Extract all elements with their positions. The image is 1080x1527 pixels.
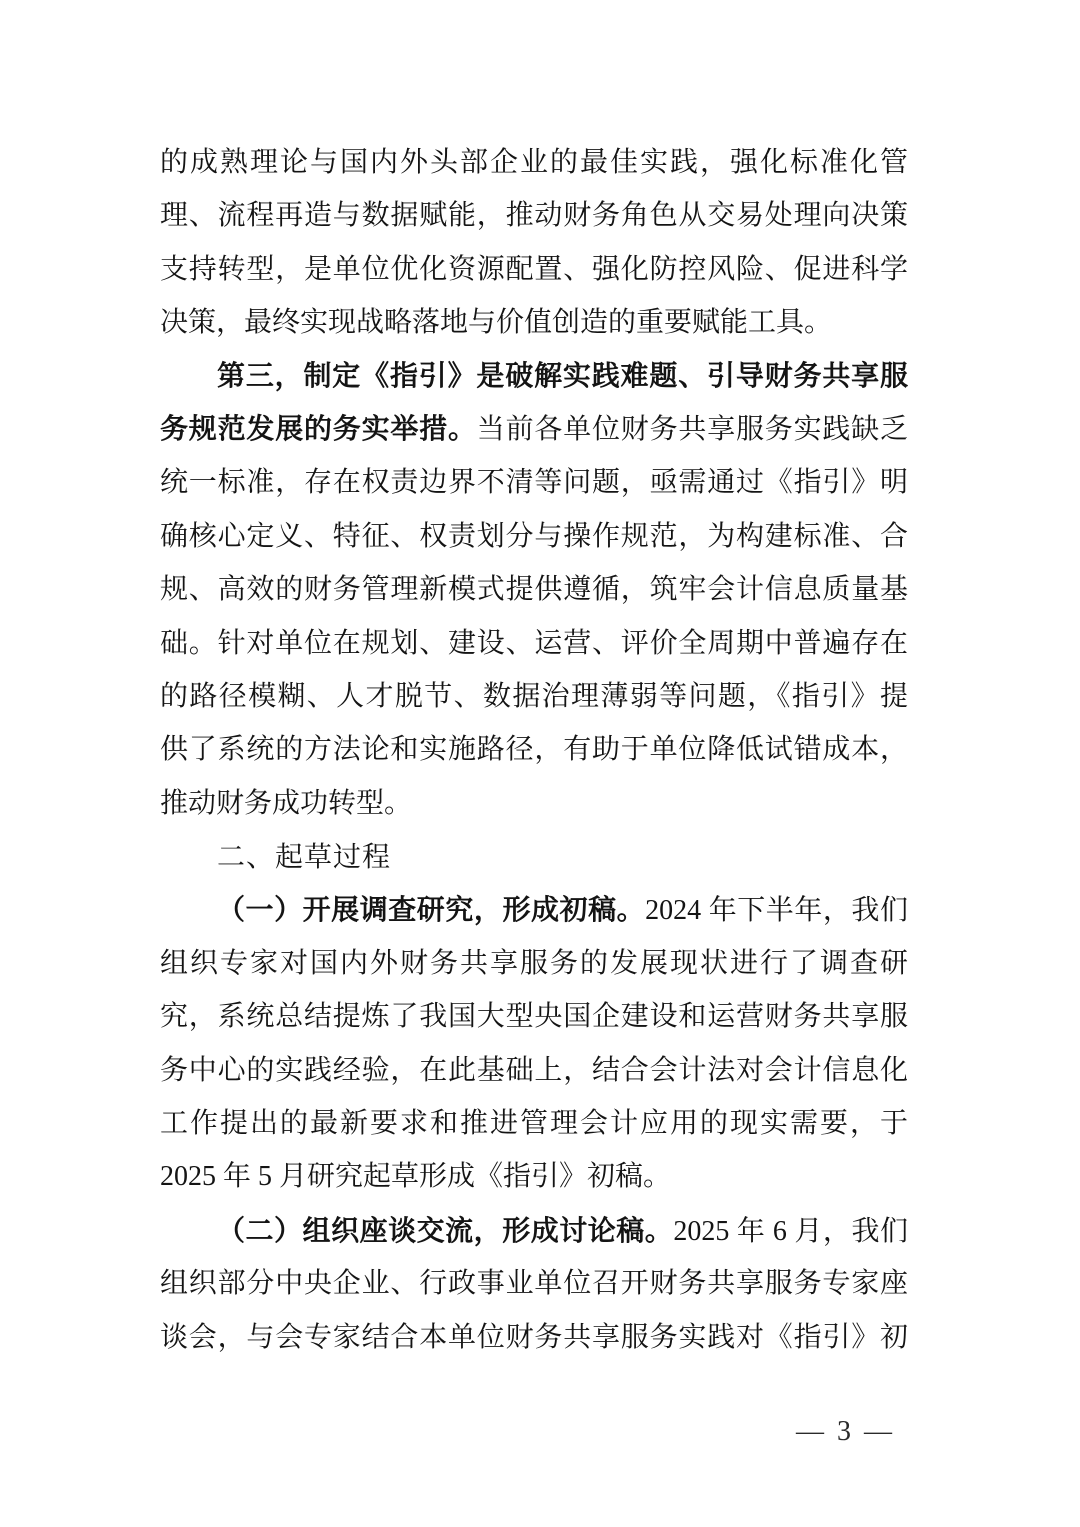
text-segment: 供了系统的方法论和实施路径，有助于单位降低试错成本， <box>160 734 908 765</box>
text-line: 统一标准，存在权责边界不清等问题，亟需通过《指引》明 <box>160 456 908 509</box>
text-line: 组织专家对国内外财务共享服务的发展现状进行了调查研 <box>160 937 908 990</box>
text-segment: 规、高效的财务管理新模式提供遵循，筑牢会计信息质量基 <box>160 574 908 605</box>
page-number: — 3 — <box>796 1410 895 1454</box>
text-line: 2025 年 5 月研究起草形成《指引》初稿。 <box>160 1150 908 1203</box>
text-segment: 2025 年 6 月，我们 <box>673 1216 908 1247</box>
text-line: 的路径模糊、人才脱节、数据治理薄弱等问题，《指引》提 <box>160 670 908 723</box>
text-line: 供了系统的方法论和实施路径，有助于单位降低试错成本， <box>160 723 908 776</box>
text-line: 推动财务成功转型。 <box>160 777 908 830</box>
text-line: 理、流程再造与数据赋能，推动财务角色从交易处理向决策 <box>160 189 908 242</box>
text-line: 务规范发展的务实举措。当前各单位财务共享服务实践缺乏 <box>160 403 908 456</box>
text-line: 究，系统总结提炼了我国大型央国企建设和运营财务共享服 <box>160 990 908 1043</box>
text-segment: 务规范发展的务实举措。 <box>160 414 477 445</box>
text-segment: 的路径模糊、人才脱节、数据治理薄弱等问题，《指引》提 <box>160 681 908 712</box>
text-line: 第三，制定《指引》是破解实践难题、引导财务共享服 <box>160 350 908 403</box>
text-segment: 决策，最终实现战略落地与价值创造的重要赋能工具。 <box>160 307 832 338</box>
text-segment: （一）开展调查研究，形成初稿。 <box>217 894 645 925</box>
text-line: 谈会，与会专家结合本单位财务共享服务实践对《指引》初 <box>160 1311 908 1364</box>
text-line: 工作提出的最新要求和推进管理会计应用的现实需要，于 <box>160 1097 908 1150</box>
document-page: 的成熟理论与国内外头部企业的最佳实践，强化标准化管理、流程再造与数据赋能，推动财… <box>0 0 1080 1527</box>
document-body: 的成熟理论与国内外头部企业的最佳实践，强化标准化管理、流程再造与数据赋能，推动财… <box>160 136 908 1364</box>
text-segment: 的成熟理论与国内外头部企业的最佳实践，强化标准化管 <box>160 147 908 178</box>
text-segment: （二）组织座谈交流，形成讨论稿。 <box>217 1215 673 1246</box>
text-segment: 组织部分中央企业、行政事业单位召开财务共享服务专家座 <box>160 1268 908 1299</box>
text-line: 规、高效的财务管理新模式提供遵循，筑牢会计信息质量基 <box>160 563 908 616</box>
text-segment: 务中心的实践经验，在此基础上，结合会计法对会计信息化 <box>160 1055 908 1086</box>
text-segment: 支持转型，是单位优化资源配置、强化防控风险、促进科学 <box>160 254 908 285</box>
text-line: 决策，最终实现战略落地与价值创造的重要赋能工具。 <box>160 296 908 349</box>
text-line: 确核心定义、特征、权责划分与操作规范，为构建标准、合 <box>160 510 908 563</box>
text-line: 组织部分中央企业、行政事业单位召开财务共享服务专家座 <box>160 1257 908 1310</box>
text-segment: 2025 年 5 月研究起草形成《指引》初稿。 <box>160 1161 671 1192</box>
text-segment: 推动财务成功转型。 <box>160 788 412 819</box>
text-segment: 础。针对单位在规划、建设、运营、评价全周期中普遍存在 <box>160 628 908 659</box>
text-segment: 理、流程再造与数据赋能，推动财务角色从交易处理向决策 <box>160 200 908 231</box>
text-segment: 当前各单位财务共享服务实践缺乏 <box>477 414 908 445</box>
text-segment: 谈会，与会专家结合本单位财务共享服务实践对《指引》初 <box>160 1322 908 1353</box>
text-segment: 2024 年下半年，我们 <box>645 895 908 926</box>
text-segment: 第三，制定《指引》是破解实践难题、引导财务共享服 <box>217 361 908 392</box>
text-line: 的成熟理论与国内外头部企业的最佳实践，强化标准化管 <box>160 136 908 189</box>
text-line: （一）开展调查研究，形成初稿。2024 年下半年，我们 <box>160 883 908 936</box>
text-segment: 统一标准，存在权责边界不清等问题，亟需通过《指引》明 <box>160 467 908 498</box>
text-line: 础。针对单位在规划、建设、运营、评价全周期中普遍存在 <box>160 617 908 670</box>
text-segment: 二、起草过程 <box>217 841 391 872</box>
text-segment: 确核心定义、特征、权责划分与操作规范，为构建标准、合 <box>160 521 908 552</box>
text-segment: 组织专家对国内外财务共享服务的发展现状进行了调查研 <box>160 948 908 979</box>
text-segment: 工作提出的最新要求和推进管理会计应用的现实需要，于 <box>160 1108 908 1139</box>
text-line: 二、起草过程 <box>160 830 908 883</box>
text-line: （二）组织座谈交流，形成讨论稿。2025 年 6 月，我们 <box>160 1204 908 1257</box>
text-line: 务中心的实践经验，在此基础上，结合会计法对会计信息化 <box>160 1044 908 1097</box>
text-segment: 究，系统总结提炼了我国大型央国企建设和运营财务共享服 <box>160 1001 908 1032</box>
text-line: 支持转型，是单位优化资源配置、强化防控风险、促进科学 <box>160 243 908 296</box>
